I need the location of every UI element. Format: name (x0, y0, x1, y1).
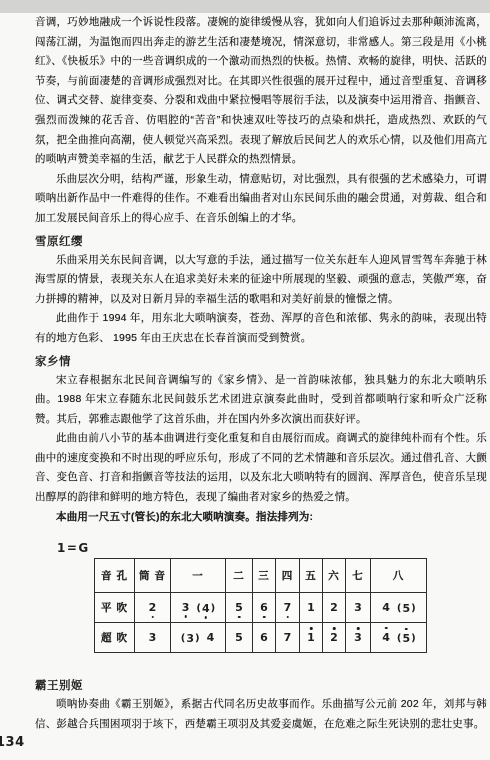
paragraph: 乐曲采用关东民间音调，以大写意的手法，通过描写一位关东赶车人迎风冒雪驾车奔驰于林… (35, 251, 487, 310)
jianpu-note: 4 (381, 627, 391, 648)
sections: 雪原红缨乐曲采用关东民间音调，以大写意的手法，通过描写一位关东赶车人迎风冒雪驾车… (35, 233, 487, 735)
high-octave-dot (385, 627, 388, 630)
jianpu-note: 7 (283, 597, 293, 618)
header-cell: 七 (346, 559, 371, 593)
note-cell: 3 (135, 623, 171, 653)
paragraph: 此曲作于 1994 年，用东北大唢呐演奏，苍劲、浑厚的音色和浓郁、隽永的韵味，表… (35, 309, 487, 348)
note-cell: 5 (226, 593, 253, 623)
note-cell: 5 (226, 623, 253, 653)
high-octave-dot (310, 627, 313, 630)
note-cell: 1 (300, 593, 323, 623)
jianpu-note: 2 (329, 627, 339, 648)
row-label: 平 吹 (95, 593, 135, 623)
note-cell: 6 (253, 623, 276, 653)
jianpu-note: 3 (353, 597, 363, 618)
note-cell: 3 (346, 593, 371, 623)
note-cell: 2 (323, 593, 346, 623)
paragraph: 乐曲层次分明，结构严谨，形象生动，情意贴切，对比强烈，具有很强的艺术感染力，可谓… (35, 170, 487, 229)
low-octave-dot (263, 616, 266, 619)
note-cell: 2 (135, 593, 171, 623)
jianpu-note: 4 (206, 627, 216, 648)
paragraph: 唢呐协奏曲《霸王别姬》，系据古代同名历史故事而作。乐曲描写公元前 202 年，刘… (35, 695, 487, 734)
header-cell: 五 (300, 559, 323, 593)
jianpu-note: 2 (329, 597, 339, 618)
jianpu-note: 5 (234, 627, 244, 648)
fingering-chart: 1=G音 孔筒 音一二三四五六七八平 吹23(4)5671234(5)超 吹3(… (57, 541, 487, 653)
intro-paragraphs: 音调，巧妙地融成一个诉说性段落。凄婉的旋律缓慢从容，犹如向人们追诉过去那种颠沛流… (35, 13, 487, 229)
page-number: 134 (0, 735, 25, 750)
header-cell: 音 孔 (95, 559, 135, 593)
key-signature: 1=G (57, 541, 487, 555)
table-row: 超 吹3(3)45671234(5) (95, 623, 427, 653)
jianpu-note: 7 (283, 627, 293, 648)
jianpu-note: 6 (259, 597, 269, 618)
jianpu-note: (4) (196, 598, 215, 619)
note-cell: 3 (346, 623, 371, 653)
header-cell: 一 (171, 559, 226, 593)
header-cell: 八 (371, 559, 427, 593)
jianpu-note: (5) (397, 628, 416, 649)
document-page: 音调，巧妙地融成一个诉说性段落。凄婉的旋律缓慢从容，犹如向人们追诉过去那种颠沛流… (0, 0, 490, 760)
jianpu-note: 5 (234, 597, 244, 618)
note-cell: 4(5) (371, 593, 427, 623)
low-octave-dot (184, 615, 187, 618)
high-octave-dot (333, 627, 336, 630)
note-cell: (3)4 (171, 623, 226, 653)
note-cell: 7 (276, 593, 300, 623)
section-heading: 霸王别姬 (35, 677, 487, 695)
jianpu-note: 3 (353, 627, 363, 648)
note-cell: 7 (276, 623, 300, 653)
note-cell: 3(4) (171, 593, 226, 623)
high-octave-dot (357, 627, 360, 630)
table-header-row: 音 孔筒 音一二三四五六七八 (95, 559, 427, 593)
jianpu-note: (3) (181, 628, 200, 649)
paragraph: 此曲由前八小节的基本曲调进行变化重复和自由展衍而成。商调式的旋律纯朴而有个性。乐… (35, 429, 487, 507)
header-cell: 四 (276, 559, 300, 593)
jianpu-note: 6 (259, 627, 269, 648)
low-octave-dot (286, 616, 289, 619)
low-octave-dot (238, 616, 241, 619)
jianpu-note: 1 (306, 597, 316, 618)
fingering-table: 音 孔筒 音一二三四五六七八平 吹23(4)5671234(5)超 吹3(3)4… (94, 558, 427, 653)
paragraph: 宋立春根据东北民间音调编写的《家乡情》、是一首韵味浓郁，独具魅力的东北大唢呐乐曲… (35, 371, 487, 430)
low-octave-dot (205, 616, 208, 619)
note-cell: 2 (323, 623, 346, 653)
jianpu-note: (5) (397, 598, 416, 619)
section-heading: 家乡情 (35, 353, 487, 371)
table-row: 平 吹23(4)5671234(5) (95, 593, 427, 623)
note-cell: 6 (253, 593, 276, 623)
low-octave-dot (151, 616, 154, 619)
header-cell: 三 (253, 559, 276, 593)
header-cell: 六 (323, 559, 346, 593)
high-octave-dot (405, 628, 408, 631)
page-content: 音调，巧妙地融成一个诉说性段落。凄婉的旋律缓慢从容，犹如向人们追诉过去那种颠沛流… (0, 0, 490, 734)
paragraph: 音调，巧妙地融成一个诉说性段落。凄婉的旋律缓慢从容，犹如向人们追诉过去那种颠沛流… (35, 13, 487, 170)
header-cell: 筒 音 (135, 559, 171, 593)
section-heading: 雪原红缨 (35, 233, 487, 251)
jianpu-note: 3 (181, 597, 191, 618)
note-cell: 4(5) (371, 623, 427, 653)
row-label: 超 吹 (95, 623, 135, 653)
paragraph: 本曲用一尺五寸(管长)的东北大唢呐演奏。指法排列为: (35, 508, 487, 528)
note-cell: 1 (300, 623, 323, 653)
jianpu-note: 3 (148, 627, 158, 648)
jianpu-note: 1 (306, 627, 316, 648)
jianpu-note: 4 (381, 597, 391, 618)
jianpu-note: 2 (148, 597, 158, 618)
header-cell: 二 (226, 559, 253, 593)
